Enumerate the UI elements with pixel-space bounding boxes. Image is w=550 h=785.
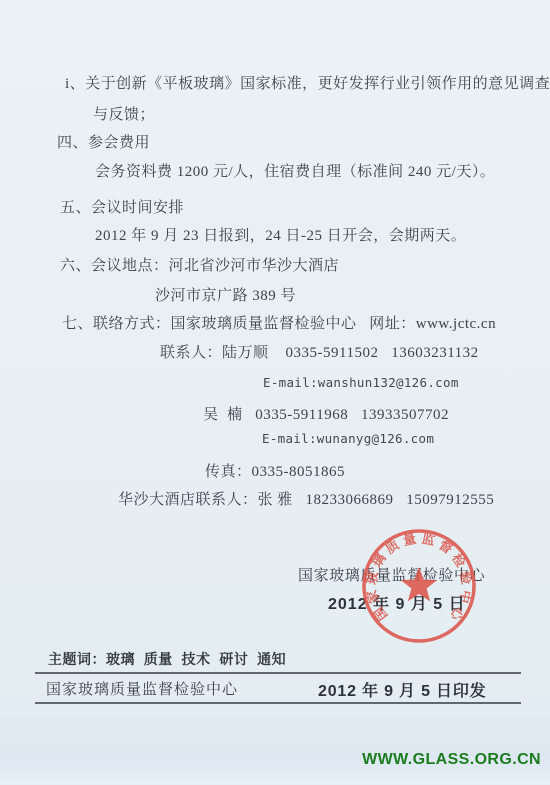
seal-arc-char: 验: [457, 570, 474, 585]
footer-keywords: 主题词：玻璃 质量 技术 研讨 通知: [48, 649, 286, 669]
seal-arc-char: 家: [364, 589, 382, 605]
seal-arc-char: 玻: [364, 569, 381, 585]
fax-line: 传真：0335-8051865: [205, 460, 345, 481]
seal-arc-char: 心: [447, 604, 467, 624]
contact2-line: 吴 楠 0335-5911968 13933507702: [203, 403, 449, 424]
contact1-line: 联系人：陆万顺 0335-5911502 13603231132: [160, 341, 479, 362]
seal-arc-char: 璃: [369, 551, 389, 570]
footer-issuer: 国家玻璃质量监督检验中心: [46, 678, 238, 699]
contact1-email: E-mail:wanshun132@126.com: [263, 375, 459, 390]
section4-body: 会务资料费 1200 元/人，住宿费自理（标准间 240 元/天）。: [95, 160, 495, 181]
site-watermark: WWW.GLASS.ORG.CN: [362, 751, 541, 769]
section6-address: 沙河市京广路 389 号: [155, 284, 296, 305]
seal-arc-char: 量: [402, 531, 418, 548]
footer-divider-bottom: [35, 702, 521, 704]
section5-title: 五、会议时间安排: [60, 196, 184, 217]
seal-arc-char: 监: [421, 531, 437, 548]
item-i-line2: 与反馈；: [93, 103, 155, 124]
item-i-line1: i、关于创新《平板玻璃》国家标准，更好发挥行业引领作用的意见调查: [65, 72, 550, 93]
section4-title: 四、参会费用: [57, 131, 150, 152]
section7-title: 七、联络方式：国家玻璃质量监督检验中心 网址：www.jctc.cn: [62, 312, 496, 333]
section6-title: 六、会议地点：河北省沙河市华沙大酒店: [60, 254, 339, 275]
section5-body: 2012 年 9 月 23 日报到，24 日-25 日开会，会期两天。: [95, 224, 466, 245]
contact2-email: E-mail:wunanyg@126.com: [262, 431, 434, 446]
seal-arc-char: 国: [371, 604, 391, 623]
seal-arc-char: 质: [383, 537, 402, 557]
footer-print-date: 2012 年 9 月 5 日印发: [318, 678, 486, 701]
seal-arc-char: 督: [436, 537, 455, 557]
scanned-document-page: i、关于创新《平板玻璃》国家标准，更好发挥行业引领作用的意见调查 与反馈； 四、…: [0, 0, 550, 785]
seal-arc-char: 中: [456, 589, 474, 605]
seal-star-icon: [401, 567, 437, 601]
hotel-contact-line: 华沙大酒店联系人：张 雅 18233066869 15097912555: [118, 488, 494, 509]
seal-arc-char: 检: [449, 551, 469, 571]
official-seal-stamp: 国家玻璃质量监督检验中心: [357, 524, 481, 648]
footer-divider-top: [35, 672, 521, 674]
